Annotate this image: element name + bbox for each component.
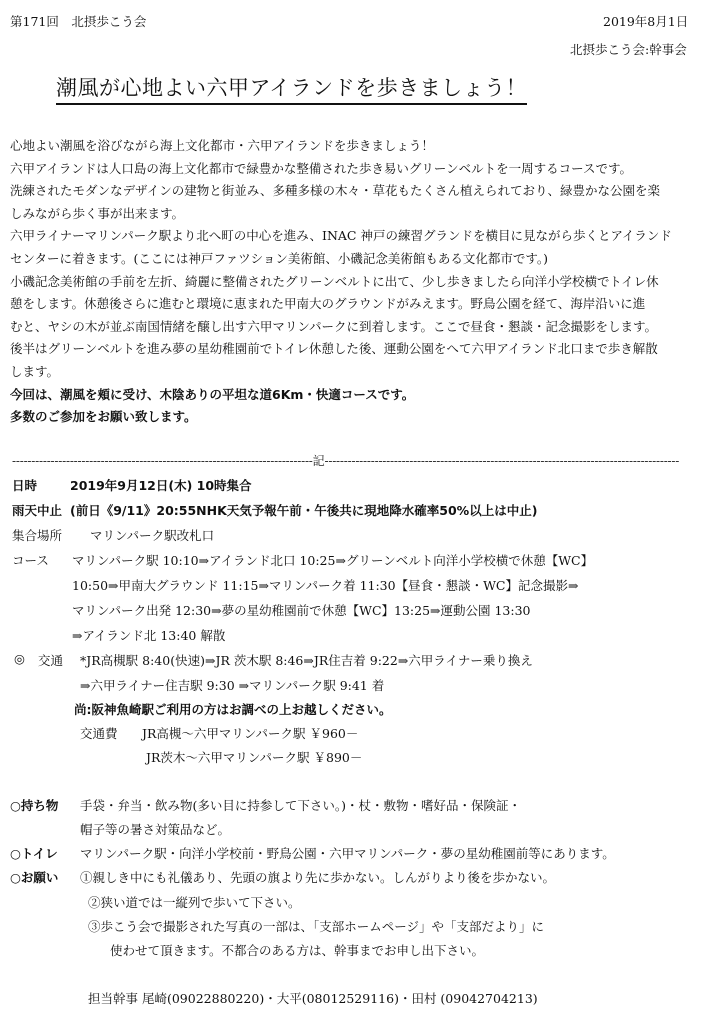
transport-mark-icon: ◎	[14, 651, 25, 666]
course-line: 10:50⇒甲南大グラウンド 11:15⇒マリンパーク着 11:30【昼食・懇談…	[72, 576, 578, 594]
intro-paragraph: 心地よい潮風を浴びながら海上文化都市・六甲アイランドを歩きましょう！ 六甲アイラ…	[10, 135, 672, 429]
belongings-line: 帽子等の暑さ対策品など。	[80, 820, 230, 838]
meeting-label: 集合場所	[12, 526, 62, 544]
course-line: マリンパーク出発 12:30⇒夢の星幼稚園前で休憩【WC】13:25⇒運動公園 …	[72, 601, 531, 619]
datetime-label: 日時	[12, 476, 37, 494]
course-line: マリンパーク駅 10:10⇒アイランド北口 10:25⇒グリーンベルト向洋小学校…	[72, 551, 593, 569]
request-line: 使わせて頂きます。不都合のある方は、幹事までお申し出下さい。	[110, 941, 484, 959]
fare-label: 交通費	[80, 724, 118, 742]
belongings-line: 手袋・弁当・飲み物(多い目に持参して下さい。)・杖・敷物・嗜好品・保険証・	[80, 796, 521, 814]
separator-dashes-left: ----------------------------------------…	[12, 454, 313, 468]
separator-dashes-right: ----------------------------------------…	[324, 454, 679, 468]
intro-line: 小磯記念美術館の手前を左折、綺麗に整備されたグリーンベルトに出て、少し歩きました…	[10, 271, 672, 294]
issue-label: 第171回 北摂歩こう会	[10, 12, 146, 30]
intro-line: 心地よい潮風を浴びながら海上文化都市・六甲アイランドを歩きましょう！	[10, 135, 672, 158]
course-label: コース	[12, 551, 49, 569]
intro-line: むと、ヤシの木が並ぶ南国情緒を醸し出す六甲マリンパークに到着します。ここで昼食・…	[10, 316, 672, 339]
intro-line: しみながら歩く事が出来ます。	[10, 203, 672, 226]
rain-value: (前日《9/11》20:55NHK天気予報午前・午後共に現地降水確率50%以上は…	[70, 501, 537, 519]
transport-line: *JR高槻駅 8:40(快速)⇒JR 茨木駅 8:46⇒JR住吉着 9:22⇒六…	[80, 651, 533, 669]
request-label: ○お願い	[10, 868, 58, 886]
highlight-line: 多数のご参加をお願い致します。	[10, 406, 672, 429]
intro-line: します。	[10, 361, 672, 384]
request-line: ②狭い道では一縦列で歩いて下さい。	[88, 893, 301, 911]
separator: ----------------------------------------…	[12, 452, 679, 469]
highlight-line: 今回は、潮風を頬に受け、木陰ありの平坦な道6Km・快適コースです。	[10, 384, 672, 407]
fare-line: JR茨木～六甲マリンパーク駅 ￥890－	[146, 748, 362, 766]
page-title: 潮風が心地よい六甲アイランドを歩きましょう！	[56, 72, 527, 105]
intro-line: 洗練されたモダンなデザインの建物と街並み、多種多様の木々・草花もたくさん植えられ…	[10, 180, 672, 203]
intro-line: 後半はグリーンベルトを進み夢の星幼稚園前でトイレ休憩した後、運動公園をへて六甲ア…	[10, 338, 672, 361]
fare-line: JR高槻～六甲マリンパーク駅 ￥960－	[142, 724, 358, 742]
document-date: 2019年8月1日	[603, 12, 688, 30]
course-line: ⇒アイランド北 13:40 解散	[72, 626, 225, 644]
intro-line: 六甲ライナーマリンパーク駅より北へ町の中心を進み、INAC 神戸の練習グランドを…	[10, 225, 672, 248]
datetime-value: 2019年9月12日(木) 10時集合	[70, 476, 252, 494]
toilet-value: マリンパーク駅・向洋小学校前・野鳥公園・六甲マリンパーク・夢の星幼稚園前等にあり…	[80, 844, 615, 862]
request-line: ③歩こう会で撮影された写真の一部は、「支部ホームページ」や「支部だより」に	[88, 917, 544, 935]
issuer-label: 北摂歩こう会:幹事会	[570, 40, 687, 58]
rain-label: 雨天中止	[12, 501, 62, 519]
transport-line: ⇒六甲ライナー住吉駅 9:30 ⇒マリンパーク駅 9:41 着	[80, 676, 384, 694]
separator-label: 記	[313, 454, 325, 468]
contact-info: 担当幹事 尾崎(09022880220)・大平(08012529116)・田村 …	[88, 989, 538, 1007]
intro-line: 憩をします。休憩後さらに進むと環境に恵まれた甲南大のグラウンドがみえます。野鳥公…	[10, 293, 672, 316]
belongings-label: ○持ち物	[10, 796, 58, 814]
transport-label: 交通	[38, 651, 63, 669]
transport-note: 尚:阪神魚崎駅ご利用の方はお調べの上お越しください。	[74, 700, 392, 718]
intro-line: センターに着きます。(ここには神戸ファツション美術館、小磯記念美術館もある文化都…	[10, 248, 672, 271]
toilet-label: ○トイレ	[10, 844, 58, 862]
meeting-value: マリンパーク駅改札口	[90, 526, 214, 544]
request-line: ①親しき中にも礼儀あり、先頭の旗より先に歩かない。しんがりより後を歩かない。	[80, 868, 555, 886]
intro-line: 六甲アイランドは人口島の海上文化都市で緑豊かな整備された歩き易いグリーンベルトを…	[10, 158, 672, 181]
